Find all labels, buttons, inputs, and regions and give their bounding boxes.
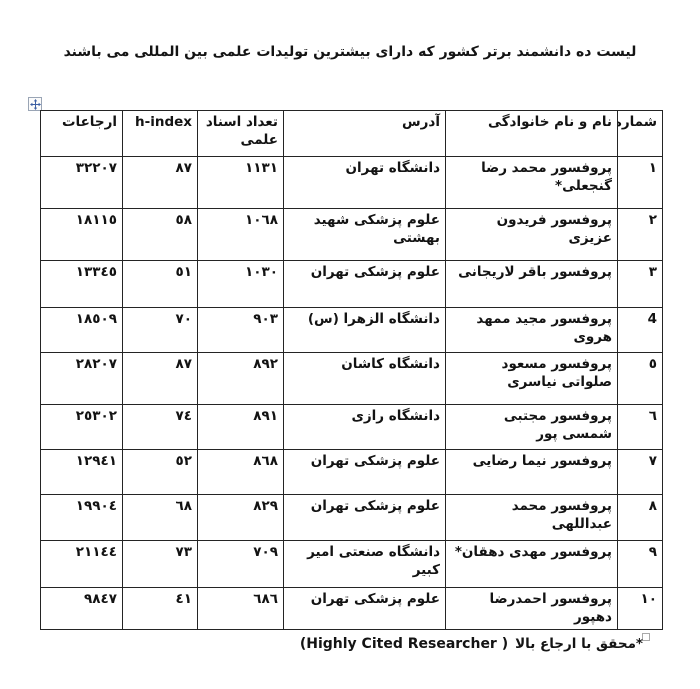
cell-citations: ٢٨٢٠٧ xyxy=(41,353,123,405)
cell-citations: ٢٥٣٠٢ xyxy=(41,405,123,450)
page-title: لیست ده دانشمند برتر کشور که دارای بیشتر… xyxy=(0,44,700,60)
cell-citations: ١٩٩٠٤ xyxy=(41,495,123,541)
cell-name: پروفسور مجید ممهد هروی xyxy=(446,308,618,353)
cell-address: دانشگاه صنعتی امیر کبیر xyxy=(284,541,446,588)
cell-name: پروفسور فریدون عزیزی xyxy=(446,209,618,261)
table-row: ٩ پروفسور مهدی دهقان* دانشگاه صنعتی امیر… xyxy=(41,541,663,588)
cell-hindex: ٧٣ xyxy=(123,541,198,588)
document-page: { "document": { "title": "لیست ده دانشمن… xyxy=(0,0,700,689)
cell-hindex: ٧٠ xyxy=(123,308,198,353)
cell-number: ٩ xyxy=(618,541,663,588)
cell-address: علوم پزشکی تهران xyxy=(284,261,446,308)
table-row: 4 پروفسور مجید ممهد هروی دانشگاه الزهرا … xyxy=(41,308,663,353)
header-cell-name: نام و نام خانوادگی xyxy=(446,111,618,157)
table-row: ٦ پروفسور مجتبی شمسی پور دانشگاه رازی ٨٩… xyxy=(41,405,663,450)
cell-address: دانشگاه کاشان xyxy=(284,353,446,405)
cell-address: دانشگاه الزهرا (س) xyxy=(284,308,446,353)
cell-address: علوم پزشکی تهران xyxy=(284,588,446,630)
cell-docs: ٨٢٩ xyxy=(198,495,284,541)
cell-number: ٥ xyxy=(618,353,663,405)
table-row: ١٠ پروفسور احمدرضا دهپور علوم پزشکی تهرا… xyxy=(41,588,663,630)
cell-name: پروفسور باقر لاریجانی xyxy=(446,261,618,308)
cell-docs: ١٠٣٠ xyxy=(198,261,284,308)
cell-number: ٧ xyxy=(618,450,663,495)
cell-name: پروفسور مجتبی شمسی پور xyxy=(446,405,618,450)
table-row: ٣ پروفسور باقر لاریجانی علوم پزشکی تهران… xyxy=(41,261,663,308)
header-cell-hindex: h-index xyxy=(123,111,198,157)
cell-citations: ٣٢٢٠٧ xyxy=(41,157,123,209)
cell-citations: ١٨٥٠٩ xyxy=(41,308,123,353)
cell-number: ١ xyxy=(618,157,663,209)
cell-hindex: ٨٧ xyxy=(123,353,198,405)
cell-docs: ٨٩٢ xyxy=(198,353,284,405)
cell-address: دانشگاه تهران xyxy=(284,157,446,209)
cell-docs: ٨٩١ xyxy=(198,405,284,450)
cell-name: پروفسور مهدی دهقان* xyxy=(446,541,618,588)
cell-name: پروفسور نیما رضایی xyxy=(446,450,618,495)
footnote-latin-text: (Highly Cited Researcher ) xyxy=(300,636,508,652)
cell-citations: ١٣٣٤٥ xyxy=(41,261,123,308)
cell-hindex: ٧٤ xyxy=(123,405,198,450)
table-resize-handle[interactable] xyxy=(642,633,650,641)
cell-address: علوم پزشکی شهید بهشتی xyxy=(284,209,446,261)
cell-address: علوم پزشکی تهران xyxy=(284,495,446,541)
cell-hindex: ٨٧ xyxy=(123,157,198,209)
four-way-arrow-icon xyxy=(30,99,41,110)
cell-address: علوم پزشکی تهران xyxy=(284,450,446,495)
header-cell-docs: تعداد اسناد علمی xyxy=(198,111,284,157)
cell-name: پروفسور محمد عبداللهی xyxy=(446,495,618,541)
cell-number: ١٠ xyxy=(618,588,663,630)
cell-docs: ١١٣١ xyxy=(198,157,284,209)
cell-hindex: ٤١ xyxy=(123,588,198,630)
cell-citations: ١٢٩٤١ xyxy=(41,450,123,495)
cell-citations: ١٨١١٥ xyxy=(41,209,123,261)
cell-docs: ٩٠٣ xyxy=(198,308,284,353)
header-cell-address: آدرس xyxy=(284,111,446,157)
cell-hindex: ٦٨ xyxy=(123,495,198,541)
cell-docs: ٧٠٩ xyxy=(198,541,284,588)
header-cell-citations: ارجاعات xyxy=(41,111,123,157)
table-row: ٥ پروفسور مسعود صلواتی نیاسری دانشگاه کا… xyxy=(41,353,663,405)
cell-docs: ١٠٦٨ xyxy=(198,209,284,261)
cell-citations: ٢١١٤٤ xyxy=(41,541,123,588)
cell-address: دانشگاه رازی xyxy=(284,405,446,450)
table-row: ٧ پروفسور نیما رضایی علوم پزشکی تهران ٨٦… xyxy=(41,450,663,495)
cell-hindex: ٥٨ xyxy=(123,209,198,261)
table-row: ١ پروفسور محمد رضا گنجعلی* دانشگاه تهران… xyxy=(41,157,663,209)
cell-number: 4 xyxy=(618,308,663,353)
scientists-table: شماره نام و نام خانوادگی آدرس تعداد اسنا… xyxy=(40,110,663,630)
cell-number: ٨ xyxy=(618,495,663,541)
cell-hindex: ٥١ xyxy=(123,261,198,308)
table-row: ٨ پروفسور محمد عبداللهی علوم پزشکی تهران… xyxy=(41,495,663,541)
footnote-persian-text: *محقق با ارجاع بالا xyxy=(515,636,643,652)
header-cell-number: شماره xyxy=(618,111,663,157)
cell-number: ٦ xyxy=(618,405,663,450)
cell-docs: ٨٦٨ xyxy=(198,450,284,495)
cell-citations: ٩٨٤٧ xyxy=(41,588,123,630)
cell-hindex: ٥٢ xyxy=(123,450,198,495)
cell-name: پروفسور احمدرضا دهپور xyxy=(446,588,618,630)
cell-number: ٢ xyxy=(618,209,663,261)
footnote: (Highly Cited Researcher ) *محقق با ارجا… xyxy=(300,636,643,652)
table-row: ٢ پروفسور فریدون عزیزی علوم پزشکی شهید ب… xyxy=(41,209,663,261)
cell-docs: ٦٨٦ xyxy=(198,588,284,630)
cell-number: ٣ xyxy=(618,261,663,308)
table-move-handle[interactable] xyxy=(28,97,42,111)
cell-name: پروفسور محمد رضا گنجعلی* xyxy=(446,157,618,209)
cell-name: پروفسور مسعود صلواتی نیاسری xyxy=(446,353,618,405)
table-header-row: شماره نام و نام خانوادگی آدرس تعداد اسنا… xyxy=(41,111,663,157)
